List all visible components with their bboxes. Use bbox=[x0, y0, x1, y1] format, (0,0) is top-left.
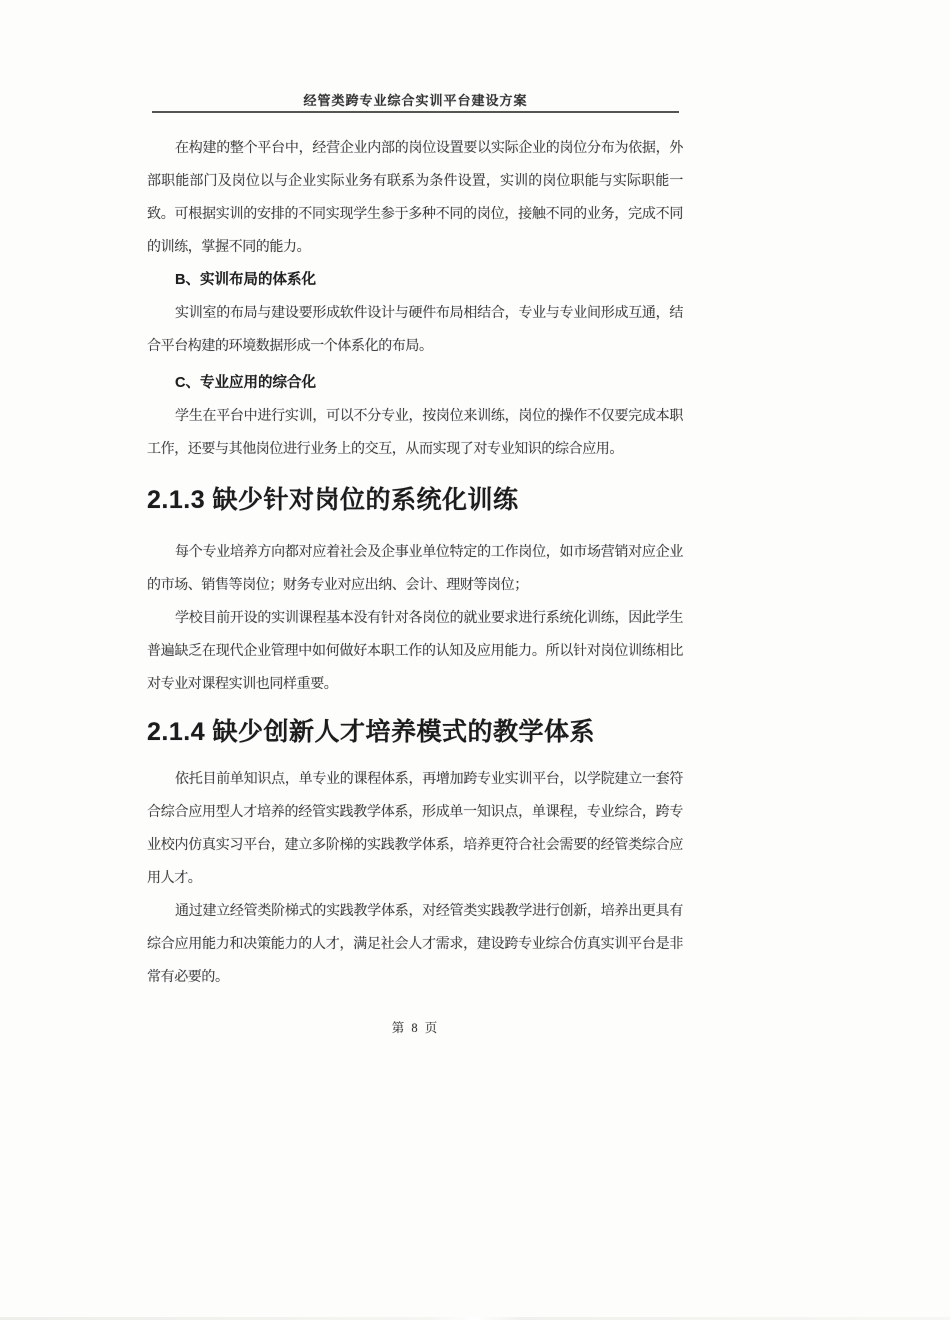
paragraph-platform-positions: 在构建的整个平台中，经营企业内部的岗位设置要以实际企业的岗位分布为依据，外部职能… bbox=[147, 132, 683, 264]
document-page: 经管类跨专业综合实训平台建设方案 在构建的整个平台中，经营企业内部的岗位设置要以… bbox=[0, 0, 950, 1320]
content-group-top: 在构建的整个平台中，经营企业内部的岗位设置要以实际企业的岗位分布为依据，外部职能… bbox=[147, 132, 683, 466]
section-heading-2-1-3: 2.1.3 缺少针对岗位的系统化训练 bbox=[147, 480, 683, 520]
content-group-section-214: 2.1.4 缺少创新人才培养模式的教学体系 依托目前单知识点，单专业的课程体系，… bbox=[147, 712, 683, 994]
header-divider-rule bbox=[152, 111, 679, 113]
subheading-C-professional-application: C、专业应用的综合化 bbox=[147, 367, 683, 400]
paragraph-students-cross-position: 学生在平台中进行实训，可以不分专业，按岗位来训练，岗位的操作不仅要完成本职工作，… bbox=[147, 400, 683, 466]
paragraph-major-to-position-mapping: 每个专业培养方向都对应着社会及企事业单位特定的工作岗位，如市场营销对应企业的市场… bbox=[147, 536, 683, 602]
paragraph-innovation-necessity: 通过建立经管类阶梯式的实践教学体系，对经管类实践教学进行创新，培养出更具有综合应… bbox=[147, 895, 683, 994]
paragraph-training-room-layout: 实训室的布局与建设要形成软件设计与硬件布局相结合，专业与专业间形成互通，结合平台… bbox=[147, 297, 683, 363]
paragraph-lack-systematic-training: 学校目前开设的实训课程基本没有针对各岗位的就业要求进行系统化训练，因此学生普遍缺… bbox=[147, 602, 683, 701]
subheading-B-training-layout: B、实训布局的体系化 bbox=[147, 264, 683, 297]
content-group-section-213: 2.1.3 缺少针对岗位的系统化训练 每个专业培养方向都对应着社会及企事业单位特… bbox=[147, 480, 683, 701]
section-heading-2-1-4: 2.1.4 缺少创新人才培养模式的教学体系 bbox=[147, 712, 683, 752]
page-header-title: 经管类跨专业综合实训平台建设方案 bbox=[152, 90, 679, 109]
page-number: 第 8 页 bbox=[152, 1018, 679, 1036]
paragraph-build-practice-teaching-system: 依托目前单知识点，单专业的课程体系，再增加跨专业实训平台，以学院建立一套符合综合… bbox=[147, 763, 683, 895]
